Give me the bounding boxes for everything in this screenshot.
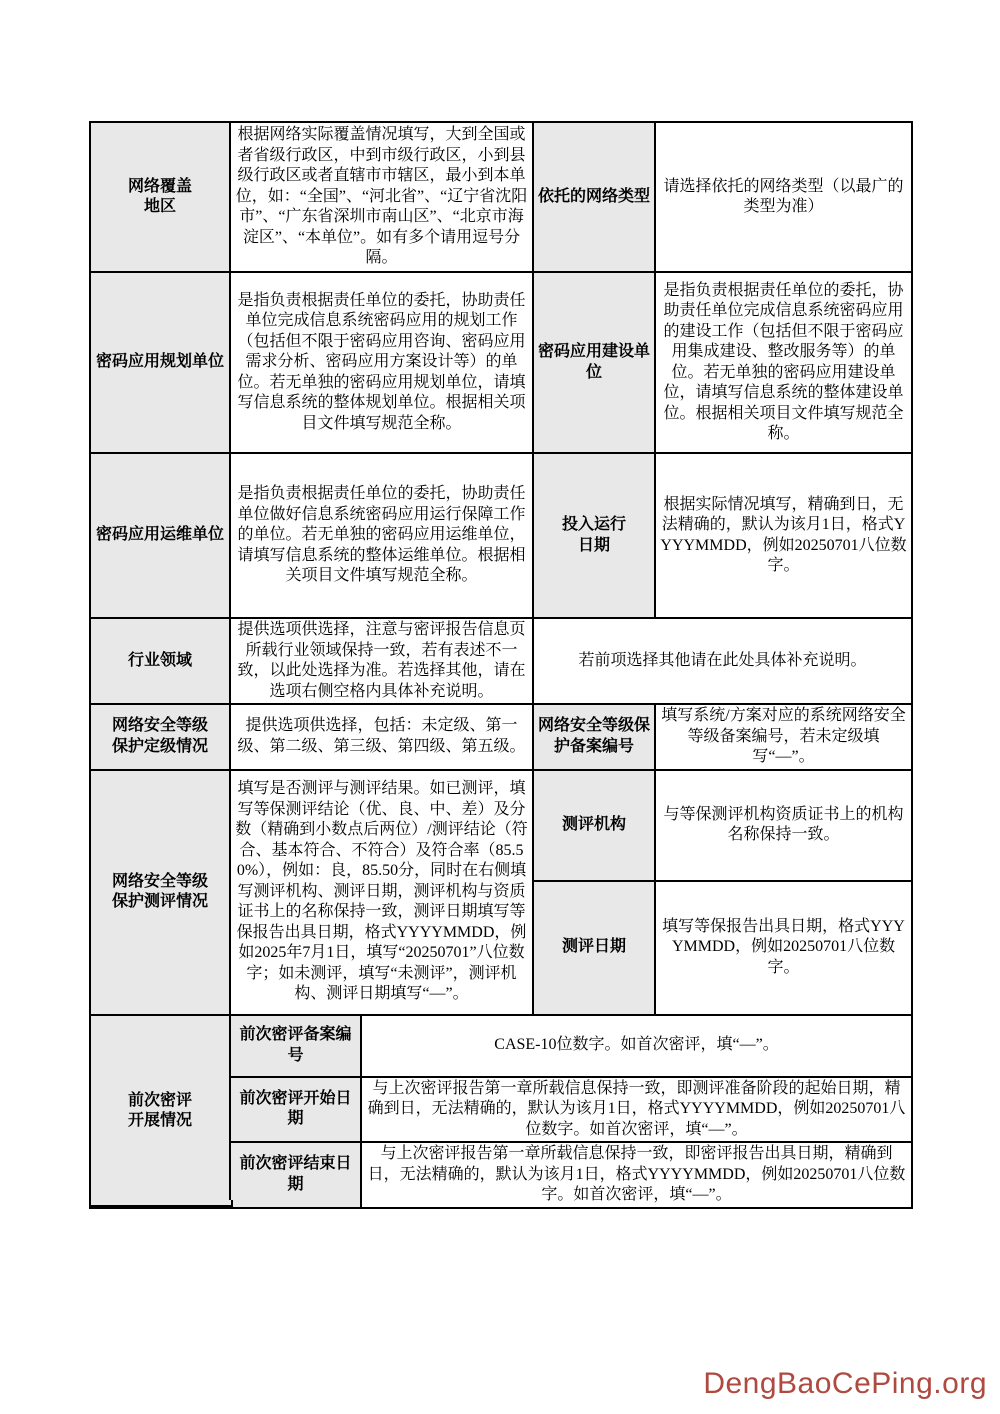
desc-mlps-record-number: 填写系统/方案对应的系统网络安全等级备案编号，若未定级填写“—”。 bbox=[655, 704, 912, 770]
table-row: 网络覆盖 地区 根据网络实际覆盖情况填写，大到全国或者省级行政区，中到市级行政区… bbox=[90, 122, 912, 272]
desc-evaluation-date: 填写等保报告出具日期，格式YYYYMMDD，例如20250701八位数字。 bbox=[655, 881, 912, 1015]
desc-evaluation-org: 与等保测评机构资质证书上的机构名称保持一致。 bbox=[655, 770, 912, 881]
desc-mlps-evaluation: 填写是否测评与测评结果。如已测评，填写等保测评结论（优、良、中、差）及分数（精确… bbox=[230, 770, 533, 1015]
label-network-coverage: 网络覆盖 地区 bbox=[90, 122, 230, 272]
table-row: 前次密评 开展情况 前次密评备案编号 CASE-10位数字。如首次密评，填“—”… bbox=[90, 1015, 912, 1077]
label-prev-start-date: 前次密评开始日期 bbox=[230, 1077, 361, 1143]
label-mlps-evaluation: 网络安全等级 保护测评情况 bbox=[90, 770, 230, 1015]
watermark-text: DengBaoCePing.org bbox=[703, 1367, 987, 1401]
table-row: 密码应用运维单位 是指负责根据责任单位的委托，协助责任单位做好信息系统密码应用运… bbox=[90, 453, 912, 618]
label-previous-evaluation: 前次密评 开展情况 bbox=[90, 1015, 230, 1208]
desc-crypto-operation-unit: 是指负责根据责任单位的委托，协助责任单位做好信息系统密码应用运行保障工作的单位。… bbox=[230, 453, 533, 618]
document-page: 网络覆盖 地区 根据网络实际覆盖情况填写，大到全国或者省级行政区，中到市级行政区… bbox=[0, 0, 1000, 1414]
desc-mlps-grading: 提供选项供选择，包括：未定级、第一级、第二级、第三级、第四级、第五级。 bbox=[230, 704, 533, 770]
label-crypto-planning-unit: 密码应用规划单位 bbox=[90, 272, 230, 453]
label-evaluation-org: 测评机构 bbox=[533, 770, 655, 881]
desc-crypto-construction-unit: 是指负责根据责任单位的委托，协助责任单位完成信息系统密码应用的建设工作（包括但不… bbox=[655, 272, 912, 453]
label-network-type: 依托的网络类型 bbox=[533, 122, 655, 272]
page-break-cell-stub bbox=[89, 1200, 233, 1207]
label-crypto-construction-unit: 密码应用建设单位 bbox=[533, 272, 655, 453]
desc-commissioning-date: 根据实际情况填写，精确到日，无法精确的，默认为该月1日，格式YYYYMMDD，例… bbox=[655, 453, 912, 618]
label-prev-case-number: 前次密评备案编号 bbox=[230, 1015, 361, 1077]
table-row: 密码应用规划单位 是指负责根据责任单位的委托，协助责任单位完成信息系统密码应用的… bbox=[90, 272, 912, 453]
table-row: 行业领域 提供选项供选择，注意与密评报告信息页所载行业领域保持一致，若有表述不一… bbox=[90, 618, 912, 704]
label-industry-field: 行业领域 bbox=[90, 618, 230, 704]
desc-prev-case-number: CASE-10位数字。如首次密评，填“—”。 bbox=[361, 1015, 912, 1077]
note-industry-other: 若前项选择其他请在此处具体补充说明。 bbox=[533, 618, 912, 704]
label-commissioning-date: 投入运行 日期 bbox=[533, 453, 655, 618]
label-evaluation-date: 测评日期 bbox=[533, 881, 655, 1015]
desc-prev-end-date: 与上次密评报告第一章所载信息保持一致，即密评报告出具日期，精确到日，无法精确的，… bbox=[361, 1142, 912, 1208]
desc-industry-field: 提供选项供选择，注意与密评报告信息页所载行业领域保持一致，若有表述不一致，以此处… bbox=[230, 618, 533, 704]
table-row: 网络安全等级 保护定级情况 提供选项供选择，包括：未定级、第一级、第二级、第三级… bbox=[90, 704, 912, 770]
label-crypto-operation-unit: 密码应用运维单位 bbox=[90, 453, 230, 618]
desc-crypto-planning-unit: 是指负责根据责任单位的委托，协助责任单位完成信息系统密码应用的规划工作（包括但不… bbox=[230, 272, 533, 453]
desc-network-type: 请选择依托的网络类型（以最广的类型为准） bbox=[655, 122, 912, 272]
label-mlps-grading: 网络安全等级 保护定级情况 bbox=[90, 704, 230, 770]
table-row: 网络安全等级 保护测评情况 填写是否测评与测评结果。如已测评，填写等保测评结论（… bbox=[90, 770, 912, 881]
label-prev-end-date: 前次密评结束日期 bbox=[230, 1142, 361, 1208]
instruction-table: 网络覆盖 地区 根据网络实际覆盖情况填写，大到全国或者省级行政区，中到市级行政区… bbox=[89, 121, 913, 1209]
label-mlps-record-number: 网络安全等级保护备案编号 bbox=[533, 704, 655, 770]
desc-prev-start-date: 与上次密评报告第一章所载信息保持一致，即测评准备阶段的起始日期，精确到日，无法精… bbox=[361, 1077, 912, 1143]
desc-network-coverage: 根据网络实际覆盖情况填写，大到全国或者省级行政区，中到市级行政区，小到县级行政区… bbox=[230, 122, 533, 272]
